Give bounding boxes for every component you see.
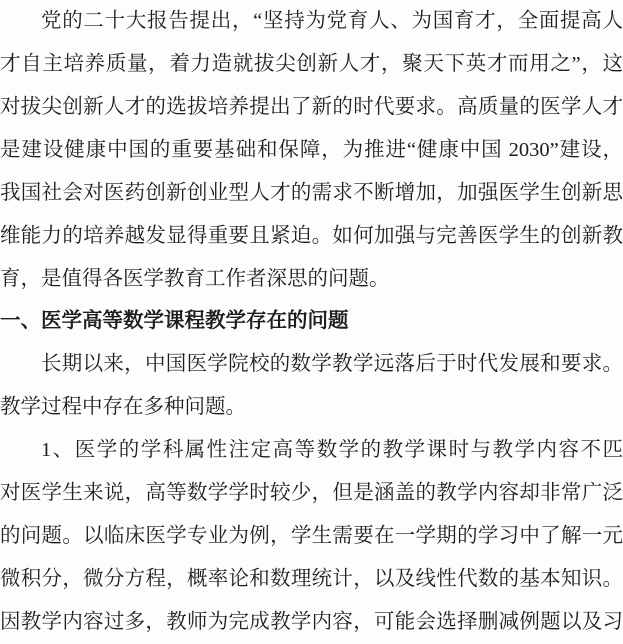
document-text-block: 党的二十大报告提出，“坚持为党育人、为国育才，全面提高人才自主培养质量，着力造就… xyxy=(0,0,623,644)
text-line: 是建设健康中国的重要基础和保障，为推进“健康中国 2030”建设， xyxy=(0,129,623,172)
document-page: 党的二十大报告提出，“坚持为党育人、为国育才，全面提高人才自主培养质量，着力造就… xyxy=(0,0,623,644)
text-line: 1、医学的学科属性注定高等数学的教学课时与教学内容不匹配。 xyxy=(0,429,623,472)
text-line: 党的二十大报告提出，“坚持为党育人、为国育才，全面提高人 xyxy=(0,0,623,43)
text-line: 对医学生来说，高等数学学时较少，但是涵盖的教学内容却非常广泛 xyxy=(0,472,623,515)
section-heading: 一、医学高等数学课程教学存在的问题 xyxy=(0,300,623,343)
text-line: 因教学内容过多，教师为完成教学内容，可能会选择删减例题以及习 xyxy=(0,601,623,644)
text-line: 对拔尖创新人才的选拔培养提出了新的时代要求。高质量的医学人才 xyxy=(0,86,623,129)
text-line: 育，是值得各医学教育工作者深思的问题。 xyxy=(0,258,623,301)
text-line: 长期以来，中国医学院校的数学教学远落后于时代发展和要求。 xyxy=(0,343,623,386)
text-line: 的问题。以临床医学专业为例，学生需要在一学期的学习中了解一元 xyxy=(0,515,623,558)
text-line: 才自主培养质量，着力造就拔尖创新人才，聚天下英才而用之”，这 xyxy=(0,43,623,86)
text-line: 教学过程中存在多种问题。 xyxy=(0,386,623,429)
text-line: 维能力的培养越发显得重要且紧迫。如何加强与完善医学生的创新教 xyxy=(0,215,623,258)
text-line: 我国社会对医药创新创业型人才的需求不断增加，加强医学生创新思 xyxy=(0,172,623,215)
text-line: 微积分，微分方程，概率论和数理统计，以及线性代数的基本知识。 xyxy=(0,558,623,601)
